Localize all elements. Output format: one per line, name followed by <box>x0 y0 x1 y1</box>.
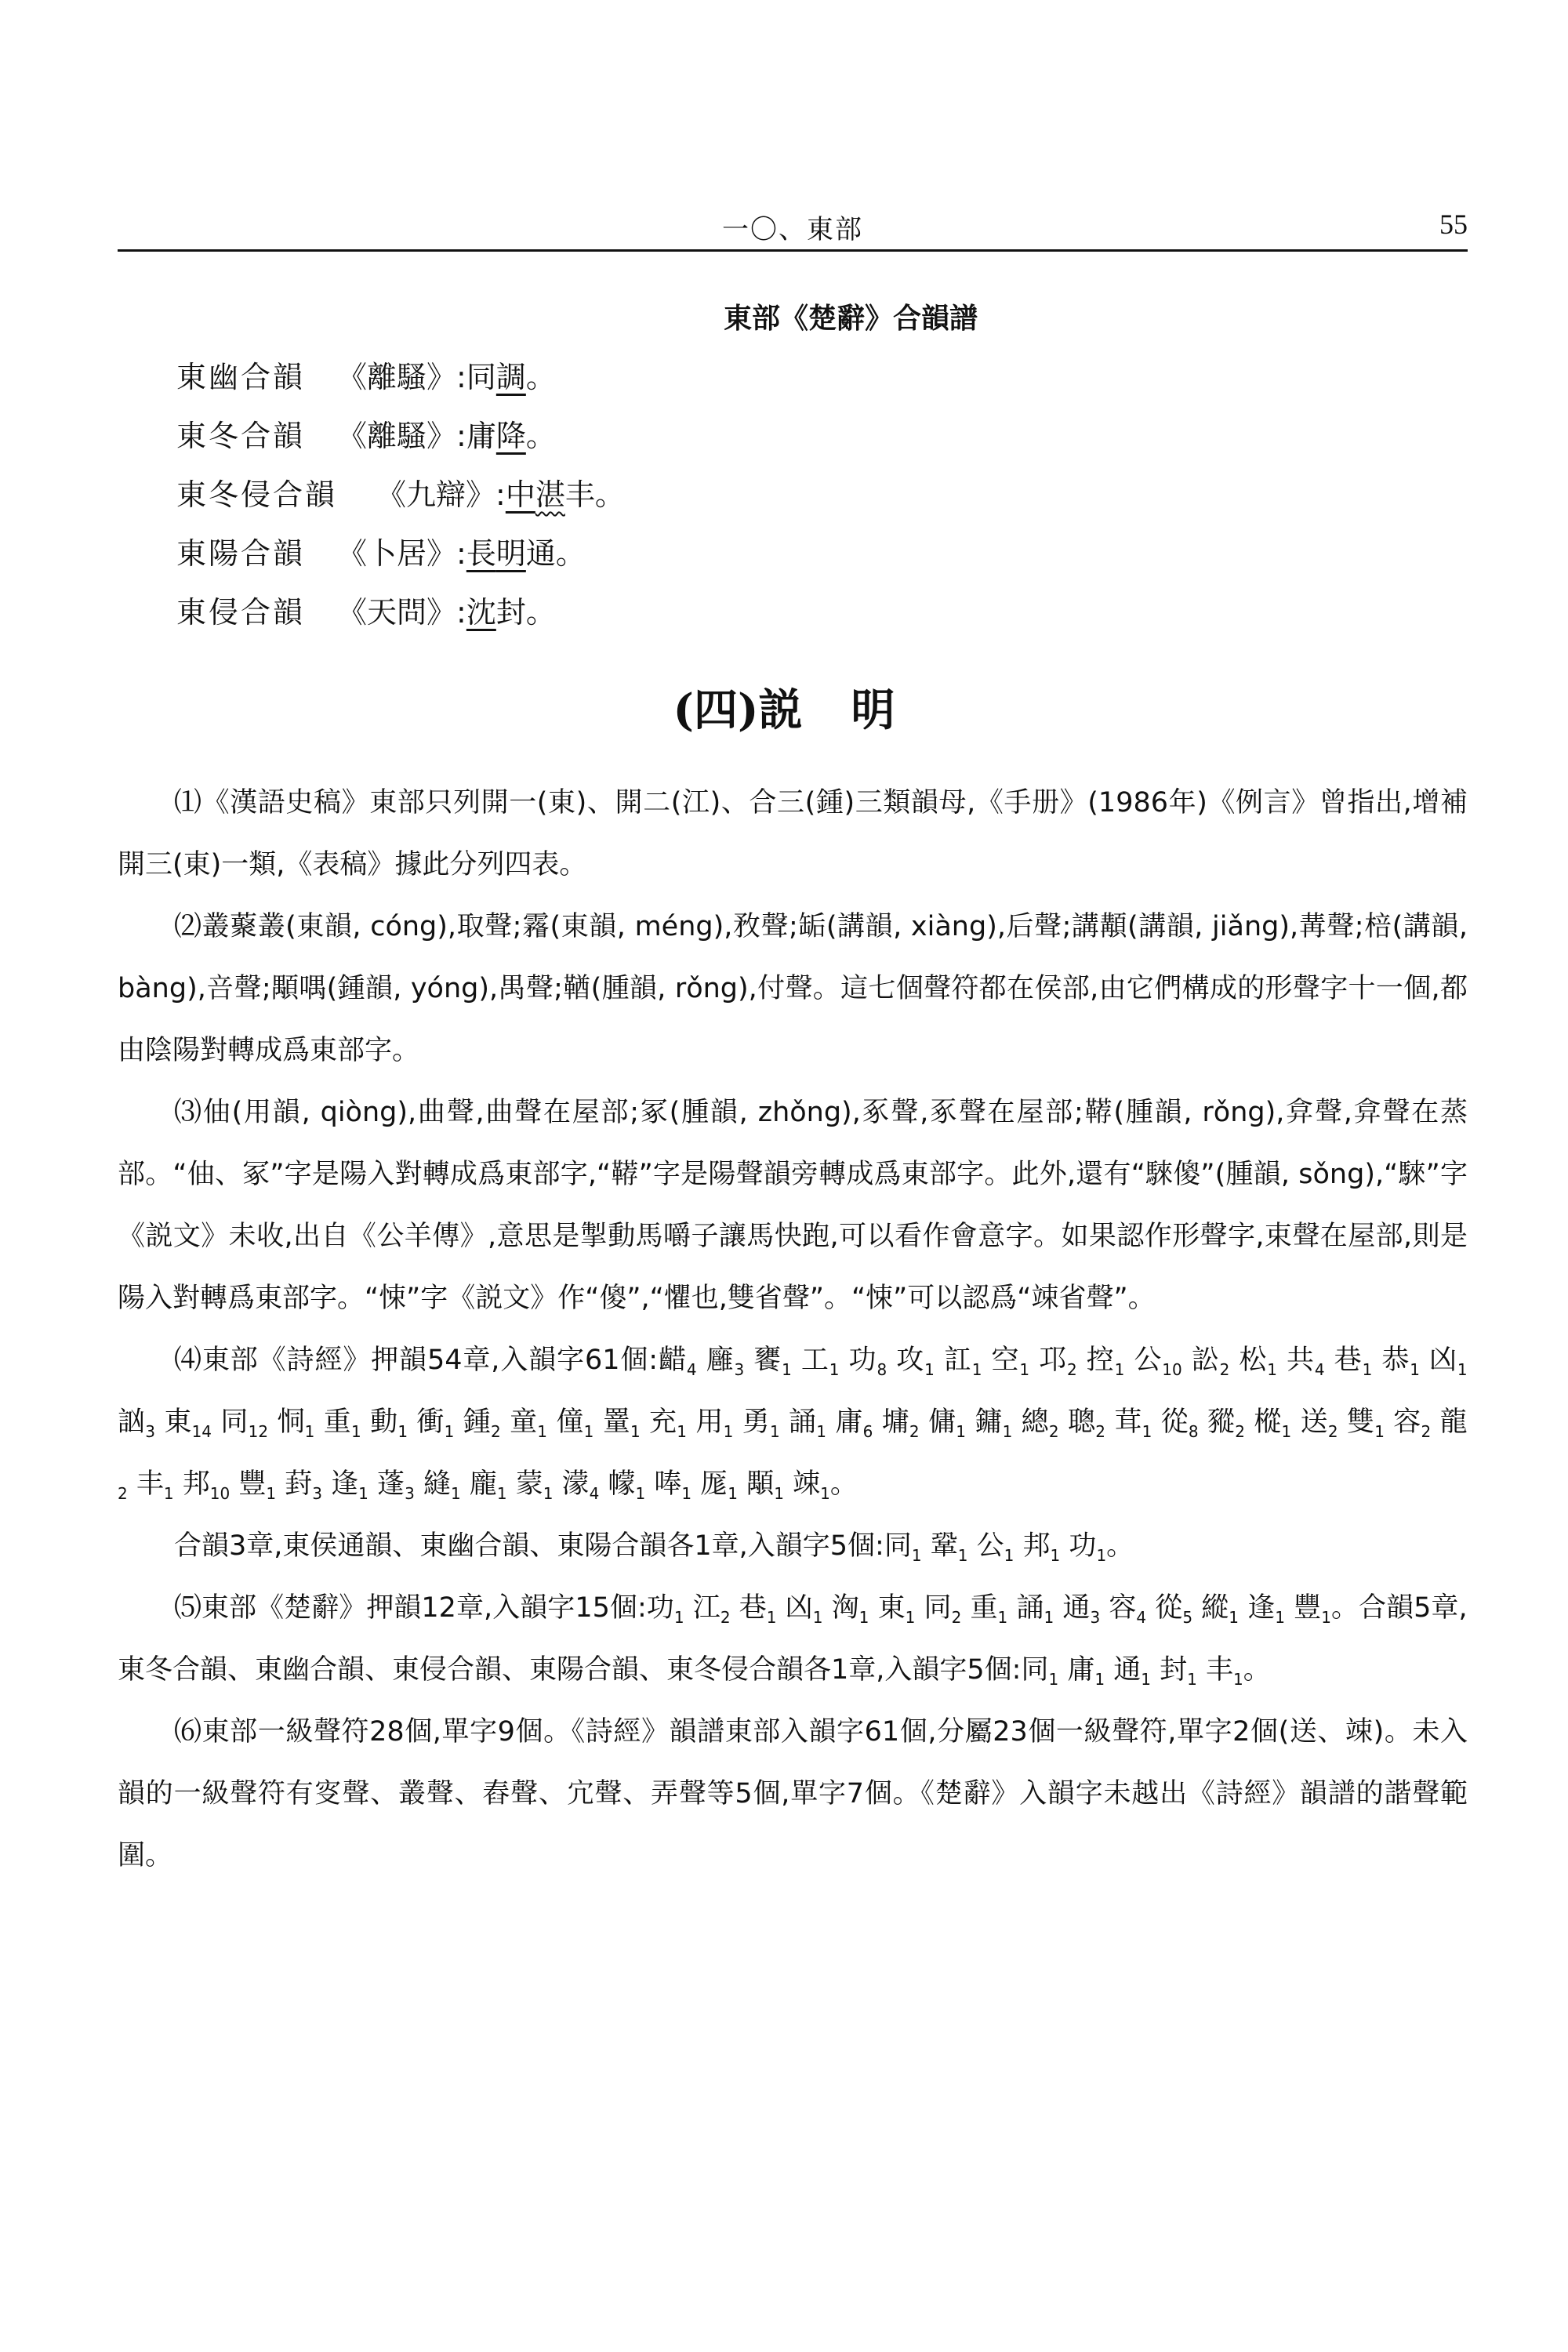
count-subscript: 1 <box>1051 1546 1061 1565</box>
count-subscript: 1 <box>543 1484 554 1503</box>
header-rule <box>118 249 1468 252</box>
page-header: 一〇、東部 55 <box>118 200 1468 247</box>
rhyme-word: 丰 <box>565 470 595 514</box>
explanation-paragraph-1: ⑴《漢語史稿》東部只列開一(東)、開二(江)、合三(鍾)三類韻母,《手册》(19… <box>118 772 1468 896</box>
count-subscript: 1 <box>1321 1608 1331 1627</box>
rhyme-word: 湛 <box>535 470 565 514</box>
explanation-paragraph-5: ⑸東部《楚辭》押韻12章,入韻字15個:功1 江2 巷1 凶1 洶1 東1 同2… <box>118 1577 1468 1701</box>
rhyme-word: 中 <box>506 470 535 514</box>
count-subscript: 1 <box>358 1484 368 1503</box>
rhyme-source: 《天問》: <box>337 588 466 631</box>
count-subscript: 2 <box>1235 1422 1245 1441</box>
rhyme-word: 通 <box>526 529 556 572</box>
count-subscript: 1 <box>724 1422 734 1441</box>
count-subscript: 2 <box>720 1608 731 1627</box>
count-subscript: 2 <box>1421 1422 1432 1441</box>
count-subscript: 1 <box>998 1608 1008 1627</box>
count-subscript: 3 <box>145 1422 155 1441</box>
rhyme-chart-list: 東幽合韻《離騷》:同調。東冬合韻《離騷》:庸降。東冬侵合韻《九辯》:中湛丰。東陽… <box>176 345 625 639</box>
count-subscript: 1 <box>1457 1360 1468 1379</box>
count-subscript: 4 <box>687 1360 697 1379</box>
count-subscript: 1 <box>956 1422 966 1441</box>
count-subscript: 10 <box>210 1484 230 1503</box>
count-subscript: 4 <box>590 1484 600 1503</box>
count-subscript: 1 <box>859 1608 869 1627</box>
count-subscript: 1 <box>1141 1670 1151 1689</box>
rhyme-source: 《離騷》: <box>337 353 466 396</box>
rhyme-word: 長 <box>466 529 496 572</box>
rhyme-label: 東侵合韻 <box>176 588 337 631</box>
count-subscript: 1 <box>164 1484 174 1503</box>
count-subscript: 1 <box>1094 1670 1105 1689</box>
count-subscript: 2 <box>491 1422 501 1441</box>
count-subscript: 1 <box>1096 1546 1106 1565</box>
count-subscript: 1 <box>681 1484 691 1503</box>
rhyme-label: 東冬合韻 <box>176 412 337 455</box>
rhyme-word: 封 <box>496 588 526 631</box>
rhyme-line: 東幽合韻《離騷》:同調。 <box>176 345 625 404</box>
rhyme-word: 明 <box>496 529 526 572</box>
count-subscript: 1 <box>1115 1360 1125 1379</box>
count-subscript: 2 <box>1220 1360 1230 1379</box>
count-subscript: 8 <box>877 1360 887 1379</box>
explanation-body: ⑴《漢語史稿》東部只列開一(東)、開二(江)、合三(鍾)三類韻母,《手册》(19… <box>118 772 1468 1887</box>
rhyme-label: 東冬侵合韻 <box>176 470 376 514</box>
rhyme-source: 《離騷》: <box>337 412 466 455</box>
rhyme-word: 庸 <box>466 412 496 455</box>
count-subscript: 1 <box>1275 1608 1285 1627</box>
count-subscript: 1 <box>677 1422 687 1441</box>
count-subscript: 10 <box>1162 1360 1181 1379</box>
count-subscript: 3 <box>405 1484 415 1503</box>
count-subscript: 3 <box>735 1360 745 1379</box>
section-heading: (四)説明 <box>0 676 1568 739</box>
count-subscript: 1 <box>630 1422 641 1441</box>
rhyme-end: 。 <box>556 529 586 572</box>
rhyme-end: 。 <box>526 588 556 631</box>
rhyme-word: 沈 <box>466 588 496 631</box>
count-subscript: 1 <box>816 1422 826 1441</box>
count-subscript: 1 <box>782 1360 792 1379</box>
count-subscript: 12 <box>249 1422 268 1441</box>
count-subscript: 1 <box>728 1484 738 1503</box>
count-subscript: 1 <box>266 1484 276 1503</box>
count-subscript: 3 <box>312 1484 322 1503</box>
section-heading-suffix: 明 <box>851 684 895 736</box>
count-subscript: 1 <box>1229 1608 1239 1627</box>
count-subscript: 1 <box>584 1422 594 1441</box>
count-subscript: 2 <box>1067 1360 1077 1379</box>
count-subscript: 1 <box>636 1484 646 1503</box>
count-subscript: 2 <box>1095 1422 1105 1441</box>
rhyme-chart-title: 東部《楚辭》合韻譜 <box>0 296 1568 336</box>
count-subscript: 1 <box>1267 1360 1277 1379</box>
rhyme-end: 。 <box>526 353 556 396</box>
count-subscript: 2 <box>909 1422 920 1441</box>
section-heading-prefix: (四)説 <box>673 684 803 736</box>
count-subscript: 1 <box>1410 1360 1420 1379</box>
count-subscript: 6 <box>863 1422 873 1441</box>
count-subscript: 1 <box>1363 1360 1373 1379</box>
count-subscript: 1 <box>958 1546 968 1565</box>
count-subscript: 1 <box>924 1360 935 1379</box>
count-subscript: 1 <box>497 1484 507 1503</box>
rhyme-source: 《卜居》: <box>337 529 466 572</box>
explanation-paragraph-6: ⑹東部一級聲符28個,單字9個。《詩經》韻譜東部入韻字61個,分屬23個一級聲符… <box>118 1701 1468 1887</box>
count-subscript: 1 <box>445 1422 455 1441</box>
rhyme-label: 東幽合韻 <box>176 353 337 396</box>
count-subscript: 5 <box>1182 1608 1192 1627</box>
rhyme-line: 東冬合韻《離騷》:庸降。 <box>176 404 625 463</box>
count-subscript: 1 <box>1282 1422 1292 1441</box>
count-subscript: 1 <box>1233 1670 1243 1689</box>
count-subscript: 14 <box>192 1422 212 1441</box>
rhyme-word: 降 <box>496 412 526 455</box>
count-subscript: 1 <box>1374 1422 1385 1441</box>
count-subscript: 4 <box>1136 1608 1146 1627</box>
running-title: 一〇、東部 <box>118 208 1468 246</box>
rhyme-word: 調 <box>496 353 526 396</box>
count-subscript: 1 <box>1019 1360 1029 1379</box>
rhyme-word: 同 <box>466 353 496 396</box>
rhyme-source: 《九辯》: <box>376 470 506 514</box>
count-subscript: 1 <box>305 1422 315 1441</box>
count-subscript: 1 <box>912 1546 922 1565</box>
rhyme-line: 東侵合韻《天問》:沈封。 <box>176 580 625 639</box>
count-subscript: 1 <box>397 1422 408 1441</box>
count-subscript: 1 <box>829 1360 840 1379</box>
rhyme-line: 東陽合韻《卜居》:長明通。 <box>176 521 625 580</box>
count-subscript: 1 <box>774 1484 784 1503</box>
page-number: 55 <box>1439 208 1468 241</box>
count-subscript: 1 <box>1048 1670 1058 1689</box>
rhyme-line: 東冬侵合韻《九辯》:中湛丰。 <box>176 463 625 521</box>
count-subscript: 2 <box>118 1484 128 1503</box>
explanation-paragraph-4b: 合韻3章,東侯通韻、東幽合韻、東陽合韻各1章,入韻字5個:同1 鞏1 公1 邦1… <box>118 1515 1468 1577</box>
count-subscript: 4 <box>1315 1360 1325 1379</box>
count-subscript: 1 <box>820 1484 830 1503</box>
explanation-paragraph-3: ⑶伷(用韻, qiòng),曲聲,曲聲在屋部;冢(腫韻, zhǒng),豖聲,豖… <box>118 1082 1468 1330</box>
count-subscript: 1 <box>813 1608 823 1627</box>
explanation-paragraph-4: ⑷東部《詩經》押韻54章,入韻字61個:齰4 廱3 饔1 工1 功8 攻1 訌1… <box>118 1330 1468 1515</box>
count-subscript: 3 <box>1090 1608 1100 1627</box>
count-subscript: 1 <box>1044 1608 1054 1627</box>
count-subscript: 1 <box>674 1608 684 1627</box>
rhyme-end: 。 <box>526 412 556 455</box>
count-subscript: 1 <box>351 1422 361 1441</box>
count-subscript: 1 <box>1004 1546 1014 1565</box>
count-subscript: 1 <box>1142 1422 1152 1441</box>
explanation-paragraph-2: ⑵叢藂叢(東韻, cóng),取聲;霿(東韻, méng),敄聲;缿(講韻, x… <box>118 896 1468 1082</box>
count-subscript: 1 <box>1003 1422 1013 1441</box>
count-subscript: 1 <box>1187 1670 1197 1689</box>
count-subscript: 1 <box>537 1422 547 1441</box>
count-subscript: 1 <box>770 1422 780 1441</box>
count-subscript: 1 <box>906 1608 916 1627</box>
count-subscript: 8 <box>1189 1422 1199 1441</box>
rhyme-end: 。 <box>595 470 625 514</box>
count-subscript: 2 <box>1328 1422 1338 1441</box>
count-subscript: 2 <box>952 1608 962 1627</box>
count-subscript: 1 <box>972 1360 982 1379</box>
count-subscript: 1 <box>767 1608 777 1627</box>
rhyme-label: 東陽合韻 <box>176 529 337 572</box>
count-subscript: 1 <box>451 1484 461 1503</box>
count-subscript: 2 <box>1049 1422 1059 1441</box>
